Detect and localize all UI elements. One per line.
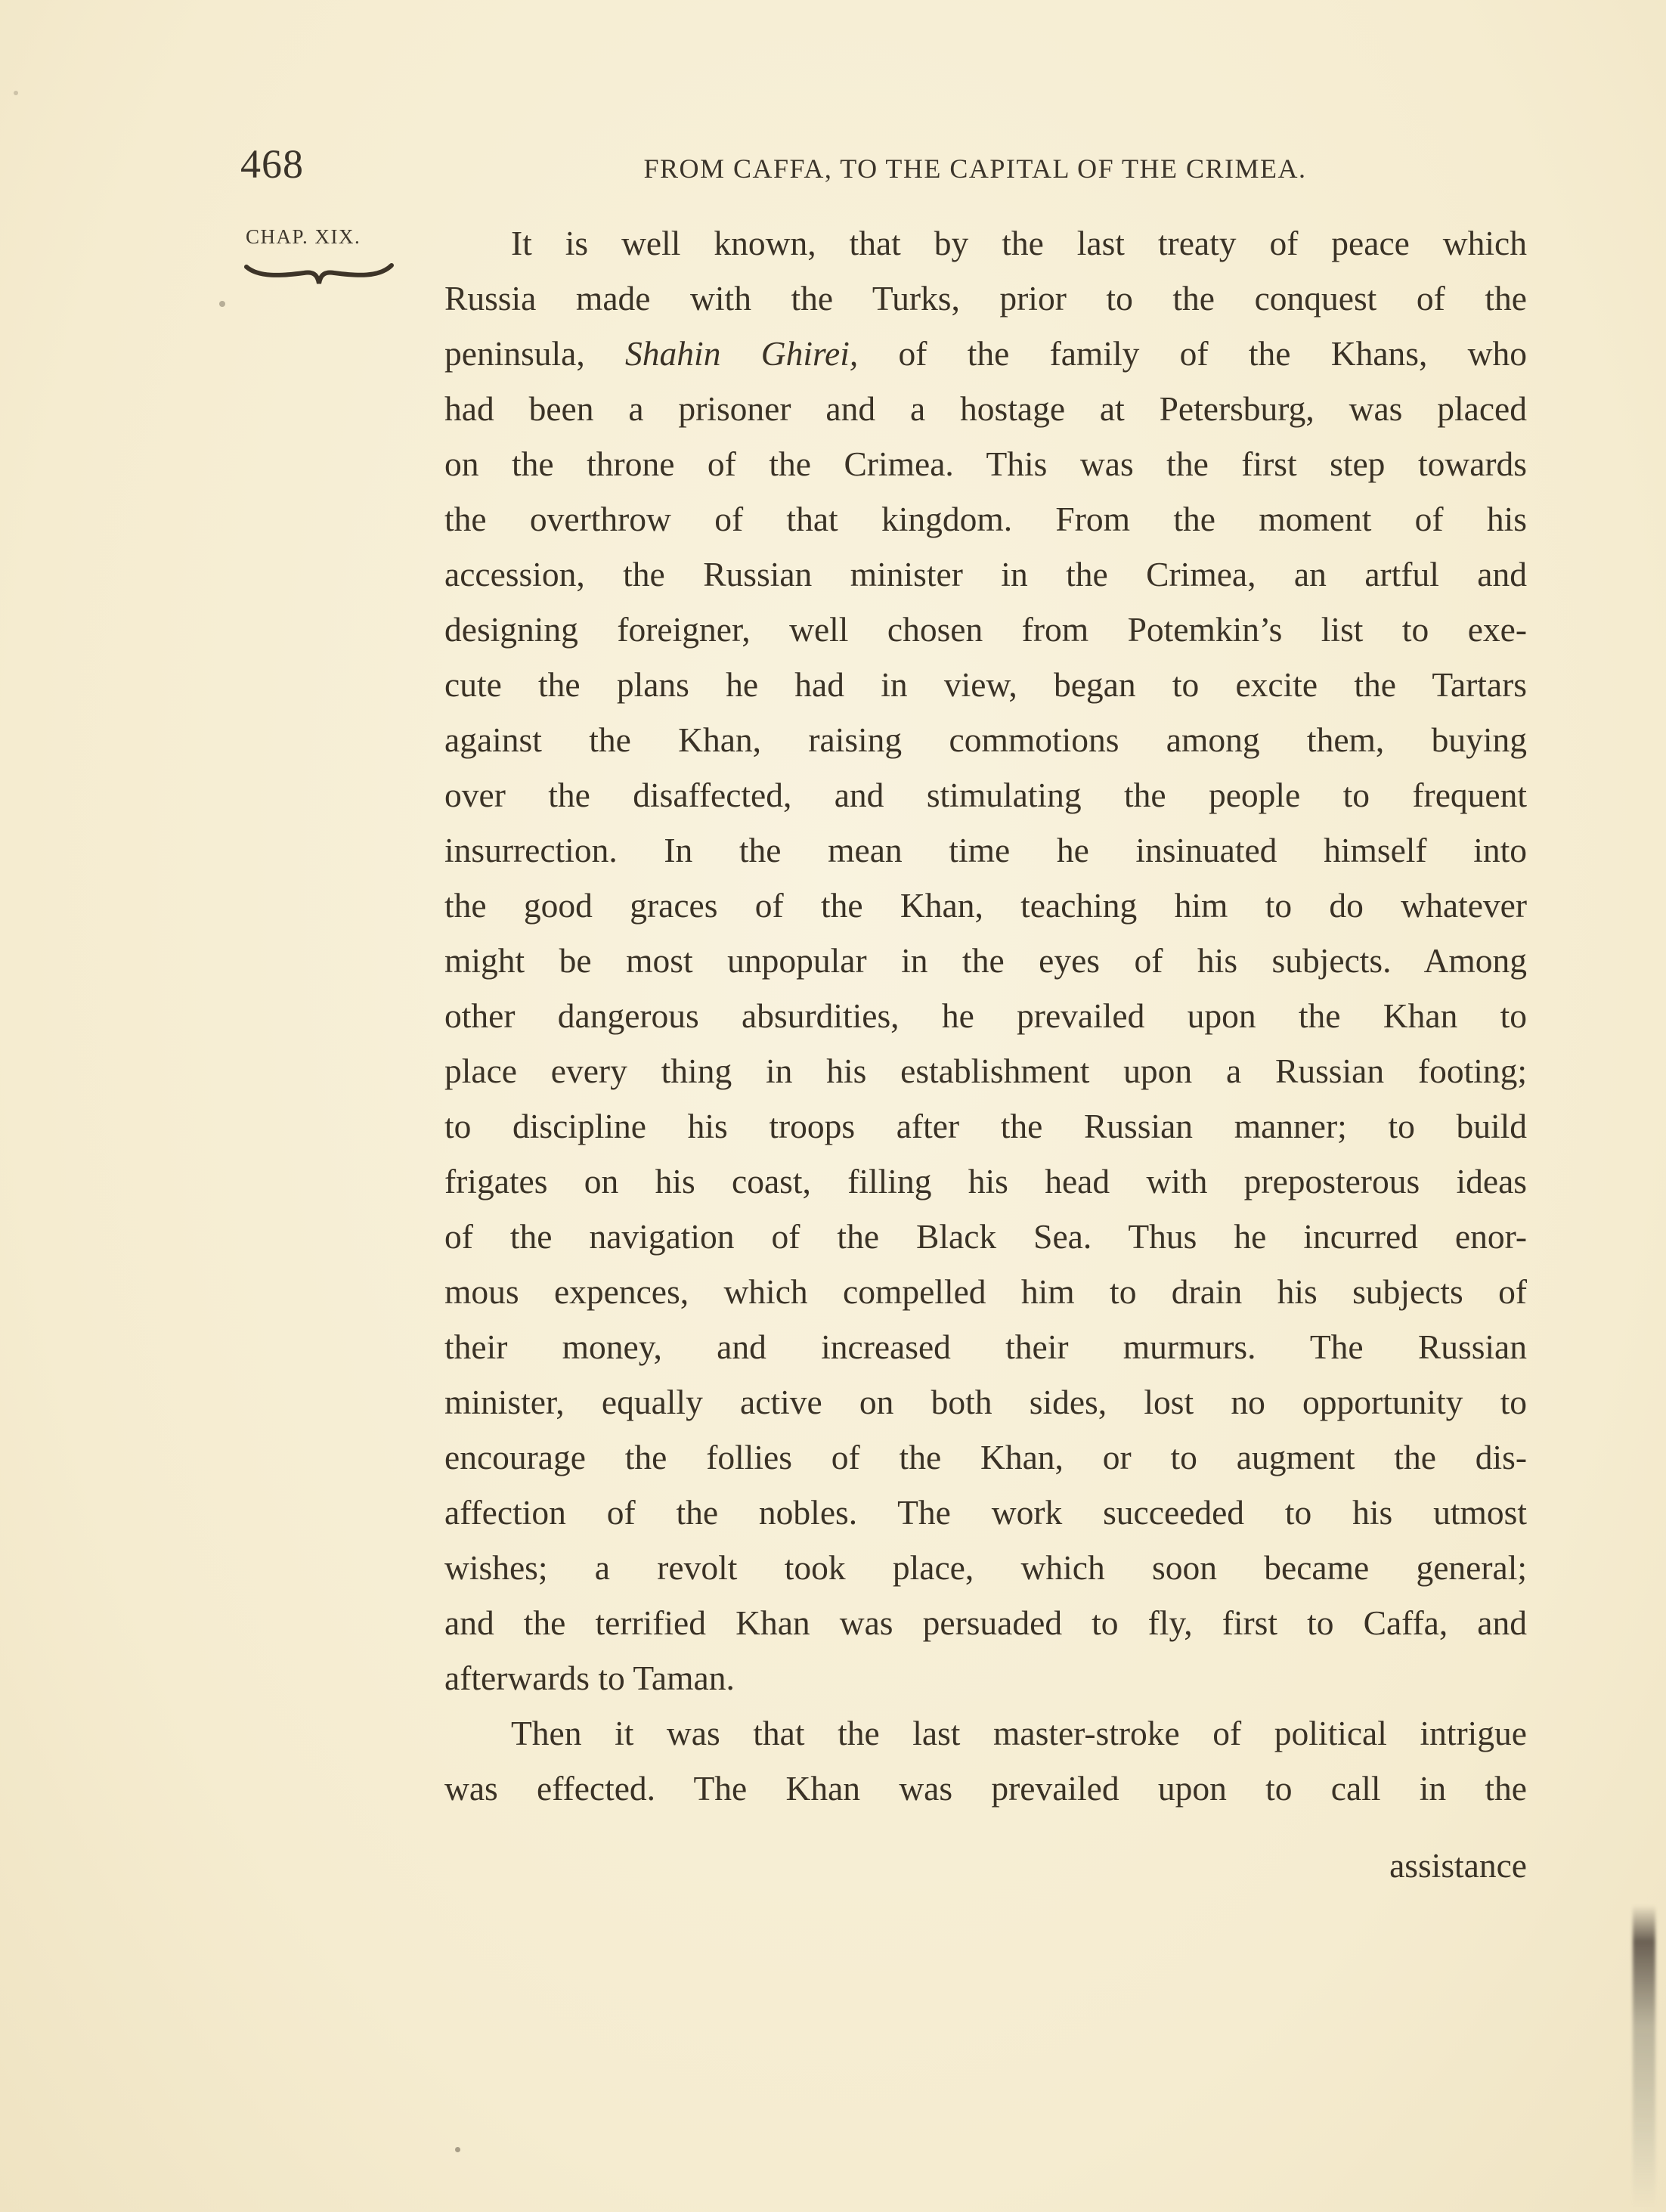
text-line: against the Khan, raising commotions amo… xyxy=(444,712,1527,767)
page-number: 468 xyxy=(240,141,304,187)
running-head: FROM CAFFA, TO THE CAPITAL OF THE CRIMEA… xyxy=(574,153,1376,184)
text-line: accession, the Russian minister in the C… xyxy=(444,547,1527,602)
ink-smudge xyxy=(1633,1905,1655,2207)
text-line: It is well known, that by the last treat… xyxy=(444,215,1527,271)
text-line: other dangerous absurdities, he prevaile… xyxy=(444,988,1527,1043)
text-line: affection of the nobles. The work succee… xyxy=(444,1485,1527,1540)
italic-name: Shahin Ghirei, xyxy=(625,334,858,373)
paper-speck xyxy=(455,2147,460,2152)
paper-speck xyxy=(219,301,225,307)
text-line: to discipline his troops after the Russi… xyxy=(444,1098,1527,1154)
catchword: assistance xyxy=(444,1838,1527,1893)
paper-speck xyxy=(14,91,18,95)
text-line: might be most unpopular in the eyes of h… xyxy=(444,933,1527,988)
text-line: had been a prisoner and a hostage at Pet… xyxy=(444,381,1527,436)
text-line: the overthrow of that kingdom. From the … xyxy=(444,491,1527,547)
text-line: cute the plans he had in view, began to … xyxy=(444,657,1527,712)
text-line: encourage the follies of the Khan, or to… xyxy=(444,1430,1527,1485)
text-line: frigates on his coast, filling his head … xyxy=(444,1154,1527,1209)
text-line: designing foreigner, well chosen from Po… xyxy=(444,602,1527,657)
text-line: afterwards to Taman. xyxy=(444,1650,1527,1705)
text-line: on the throne of the Crimea. This was th… xyxy=(444,436,1527,491)
text-line: of the navigation of the Black Sea. Thus… xyxy=(444,1209,1527,1264)
text-line: insurrection. In the mean time he insinu… xyxy=(444,823,1527,878)
text-line: and the terrified Khan was persuaded to … xyxy=(444,1595,1527,1650)
text-line: their money, and increased their murmurs… xyxy=(444,1319,1527,1374)
text-line: over the disaffected, and stimulating th… xyxy=(444,767,1527,823)
text-line: place every thing in his establishment u… xyxy=(444,1043,1527,1098)
brace-ornament-icon xyxy=(243,261,395,291)
text-line: Russia made with the Turks, prior to the… xyxy=(444,271,1527,326)
text-line: Then it was that the last master-stroke … xyxy=(444,1705,1527,1761)
text-line: mous expences, which compelled him to dr… xyxy=(444,1264,1527,1319)
text-line: peninsula, Shahin Ghirei, of the family … xyxy=(444,326,1527,381)
body-text: It is well known, that by the last treat… xyxy=(444,215,1527,1816)
chapter-label: CHAP. XIX. xyxy=(246,225,361,249)
text-line: was effected. The Khan was prevailed upo… xyxy=(444,1761,1527,1816)
text-line: minister, equally active on both sides, … xyxy=(444,1374,1527,1430)
text-line: the good graces of the Khan, teaching hi… xyxy=(444,878,1527,933)
text-line: wishes; a revolt took place, which soon … xyxy=(444,1540,1527,1595)
